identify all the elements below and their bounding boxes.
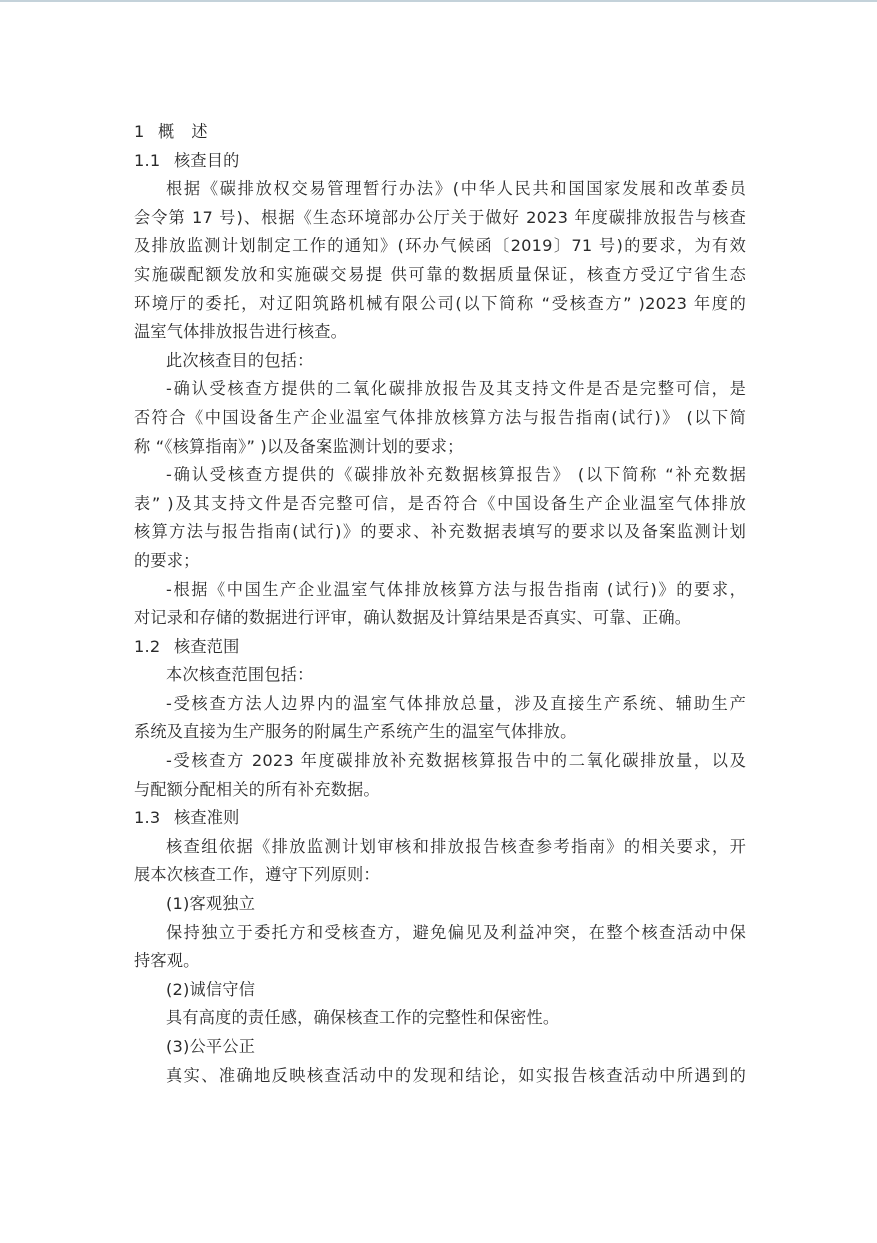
- section-title: 核查范围: [174, 637, 240, 656]
- purpose-item-line: 的要求；: [134, 547, 746, 576]
- purpose-item-line: -确认受核查方提供的二氧化碳排放报告及其支持文件是否是完整可信，是: [134, 375, 746, 404]
- purpose-item-line: -确认受核查方提供的《碳排放补充数据核算报告》 (以下简称 “补充数据: [134, 461, 746, 490]
- paragraph-line: 及排放监测计划制定工作的通知》(环办气候函〔2019〕71 号)的要求，为有效: [134, 232, 746, 261]
- scope-item-line: -受核查方法人边界内的温室气体排放总量，涉及直接生产系统、辅助生产: [134, 690, 746, 719]
- paragraph-line: 温室气体排放报告进行核查。: [134, 318, 746, 347]
- criteria-intro-line: 展本次核查工作，遵守下列原则：: [134, 861, 746, 890]
- purpose-item-line: 核算方法与报告指南(试行)》的要求、补充数据表填写的要求以及备案监测计划: [134, 518, 746, 547]
- section-title: 核查准则: [174, 808, 240, 827]
- purpose-item-line: -根据《中国生产企业温室气体排放核算方法与报告指南 (试行)》的要求，: [134, 576, 746, 605]
- principle-text-line: 真实、准确地反映核查活动中的发现和结论，如实报告核查活动中所遇到的: [134, 1062, 746, 1091]
- paragraph-line: 根据《碳排放权交易管理暂行办法》(中华人民共和国国家发展和改革委员: [134, 175, 746, 204]
- section-number: 1.1: [134, 147, 174, 176]
- scope-item-line: -受核查方 2023 年度碳排放补充数据核算报告中的二氧化碳排放量，以及: [134, 747, 746, 776]
- section-number: 1.2: [134, 633, 174, 662]
- principle-title: (1)客观独立: [134, 890, 746, 919]
- section-title: 概 述: [158, 122, 214, 141]
- page-top-border: [0, 0, 877, 2]
- principle-text-line: 具有高度的责任感，确保核查工作的完整性和保密性。: [134, 1004, 746, 1033]
- scope-item-line: 与配额分配相关的所有补充数据。: [134, 776, 746, 805]
- purpose-item-line: 表” )及其支持文件是否完整可信，是否符合《中国设备生产企业温室气体排放: [134, 490, 746, 519]
- paragraph-line: 实施碳配额发放和实施碳交易提 供可靠的数据质量保证，核查方受辽宁省生态: [134, 261, 746, 290]
- criteria-intro-line: 核查组依据《排放监测计划审核和排放报告核查参考指南》的相关要求，开: [134, 833, 746, 862]
- paragraph-line: 环境厅的委托，对辽阳筑路机械有限公司(以下简称 “受核查方” )2023 年度的: [134, 290, 746, 319]
- section-heading-1: 1概 述: [134, 118, 746, 147]
- section-number: 1: [134, 118, 158, 147]
- principle-title: (3)公平公正: [134, 1033, 746, 1062]
- section-title: 核查目的: [174, 151, 240, 170]
- section-number: 1.3: [134, 804, 174, 833]
- scope-item-line: 系统及直接为生产服务的附属生产系统产生的温室气体排放。: [134, 718, 746, 747]
- section-heading-1-1: 1.1核查目的: [134, 147, 746, 176]
- principle-text-line: 保持独立于委托方和受核查方，避免偏见及利益冲突，在整个核查活动中保: [134, 919, 746, 948]
- section-heading-1-2: 1.2核查范围: [134, 633, 746, 662]
- purpose-item-line: 称 “《核算指南》” )以及备案监测计划的要求；: [134, 433, 746, 462]
- principle-title: (2)诚信守信: [134, 976, 746, 1005]
- document-page: 1概 述 1.1核查目的 根据《碳排放权交易管理暂行办法》(中华人民共和国国家发…: [134, 118, 746, 1090]
- principle-text-line: 持客观。: [134, 947, 746, 976]
- purpose-intro: 此次核查目的包括：: [134, 347, 746, 376]
- scope-intro: 本次核查范围包括：: [134, 661, 746, 690]
- section-heading-1-3: 1.3核查准则: [134, 804, 746, 833]
- paragraph-line: 会令第 17 号)、根据《生态环境部办公厅关于做好 2023 年度碳排放报告与核…: [134, 204, 746, 233]
- purpose-item-line: 对记录和存储的数据进行评审，确认数据及计算结果是否真实、可靠、正确。: [134, 604, 746, 633]
- purpose-item-line: 否符合《中国设备生产企业温室气体排放核算方法与报告指南(试行)》 (以下简: [134, 404, 746, 433]
